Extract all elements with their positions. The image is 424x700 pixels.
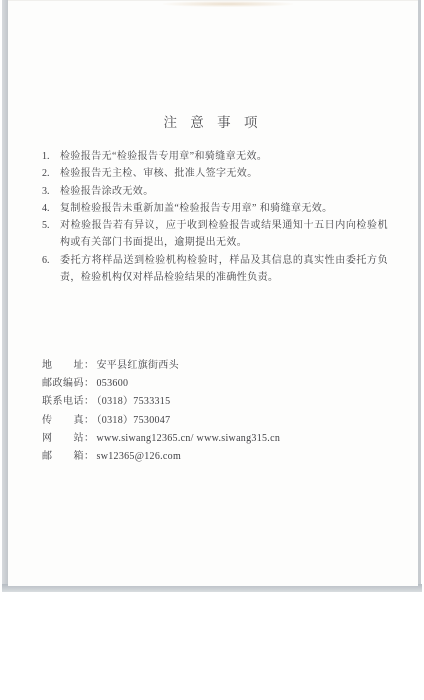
contact-row-postcode: 邮政编码：053600 — [42, 375, 372, 393]
note-text: 复制检验报告未重新加盖“检验报告专用章” 和骑缝章无效。 — [60, 200, 388, 217]
note-item: 2. 检验报告无主检、审核、批准人签字无效。 — [42, 165, 388, 182]
note-number: 1. — [42, 148, 60, 165]
contact-label: 联系电话： — [42, 396, 95, 407]
note-item: 5. 对检验报告若有异议，应于收到检验报告或结果通知十五日内向检验机构或有关部门… — [42, 217, 388, 252]
contact-value: sw12365@126.com — [97, 451, 182, 462]
contact-value: 安平县红旗街西头 — [97, 360, 179, 371]
note-number: 4. — [42, 200, 60, 217]
note-text: 对检验报告若有异议，应于收到检验报告或结果通知十五日内向检验机构或有关部门书面提… — [60, 217, 388, 252]
note-text: 检验报告无“检验报告专用章”和骑缝章无效。 — [60, 148, 388, 165]
note-number: 5. — [42, 217, 60, 234]
contact-row-website: 网 站：www.siwang12365.cn/ www.siwang315.cn — [42, 430, 372, 448]
scan-smudge — [163, 1, 293, 7]
note-number: 2. — [42, 165, 60, 182]
note-text: 检验报告涂改无效。 — [60, 183, 388, 200]
page-title: 注 意 事 项 — [8, 111, 418, 131]
contact-value: （0318）7533315 — [97, 396, 171, 407]
contact-row-fax: 传 真：（0318）7530047 — [42, 412, 372, 430]
note-item: 4. 复制检验报告未重新加盖“检验报告专用章” 和骑缝章无效。 — [42, 200, 388, 217]
contact-label: 邮 箱： — [42, 451, 95, 462]
contact-label: 网 站： — [42, 433, 95, 444]
document-page: 注 意 事 项 1. 检验报告无“检验报告专用章”和骑缝章无效。 2. 检验报告… — [8, 0, 418, 586]
contact-value: （0318）7530047 — [97, 415, 171, 426]
contact-label: 地 址： — [42, 360, 95, 371]
contact-value: 053600 — [97, 378, 129, 389]
note-item: 6. 委托方将样品送到检验机构检验时，样品及其信息的真实性由委托方负责，检验机构… — [42, 252, 388, 287]
note-text: 委托方将样品送到检验机构检验时，样品及其信息的真实性由委托方负责，检验机构仅对样… — [60, 252, 388, 287]
contact-label: 邮政编码： — [42, 378, 95, 389]
contact-row-email: 邮 箱：sw12365@126.com — [42, 448, 372, 466]
contact-row-phone: 联系电话：（0318）7533315 — [42, 393, 372, 411]
note-number: 6. — [42, 252, 60, 269]
note-item: 1. 检验报告无“检验报告专用章”和骑缝章无效。 — [42, 148, 388, 165]
note-number: 3. — [42, 183, 60, 200]
note-text: 检验报告无主检、审核、批准人签字无效。 — [60, 165, 388, 182]
notes-list: 1. 检验报告无“检验报告专用章”和骑缝章无效。 2. 检验报告无主检、审核、批… — [42, 148, 388, 286]
scan-edge-right — [418, 0, 421, 590]
contact-value: www.siwang12365.cn/ www.siwang315.cn — [97, 433, 281, 444]
contact-row-address: 地 址：安平县红旗街西头 — [42, 357, 372, 375]
contact-info: 地 址：安平县红旗街西头 邮政编码：053600 联系电话：（0318）7533… — [42, 357, 372, 466]
contact-label: 传 真： — [42, 415, 95, 426]
note-item: 3. 检验报告涂改无效。 — [42, 183, 388, 200]
scanned-document: 注 意 事 项 1. 检验报告无“检验报告专用章”和骑缝章无效。 2. 检验报告… — [0, 0, 424, 700]
